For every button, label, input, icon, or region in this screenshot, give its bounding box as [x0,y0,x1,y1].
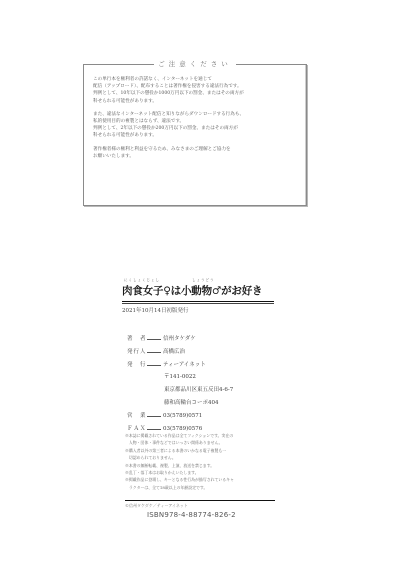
note-line: ※掲載作品に登場し、キーとなる性行為が描写されているキャ [125,476,275,483]
notice-title: ご注意ください [84,59,306,68]
note-line: ※購入者以外の第三者による本書のいかなる電子複製も一 [125,447,275,454]
title-rule-thin [122,303,274,304]
notice-paragraph-2: また、違法なインターネット配信と知りながらダウンロードする行為も、 私的使用目的… [93,111,300,140]
legal-notes: ※本誌に掲載されている作品は全てフィクションです。実在の 人物・団体・事件などで… [125,432,275,491]
credit-sales-phone: 営 業03(5789)0571 [127,410,233,423]
postal-code: 〒141-0022 [127,371,233,384]
isbn: ISBN978-4-88774-826-2 [147,511,236,519]
colophon-header: にくしょくじょししょうどう 肉食女子♀は小動物♂がお好き 2021年10月14日… [122,278,282,314]
book-title: 肉食女子♀は小動物♂がお好き [122,283,282,298]
publication-date: 2021年10月14日初版発行 [122,306,282,314]
note-line: ※乱丁・落丁本はお取りかえいたします。 [125,469,275,476]
copyright-line: ©信州タケダケ／ティーアイネット [125,503,188,509]
title-rule [122,301,274,302]
notice-body: この単行本を権利者の許諾なく、インターネットを通じて 配信（アップロード）、配布… [93,76,300,166]
address-line-2: 藤和高輪台コーポ404 [127,397,233,410]
copyright-notice-box: ご注意ください この単行本を権利者の許諾なく、インターネットを通じて 配信（アッ… [83,64,307,206]
note-line: ※本誌に掲載されている作品は全てフィクションです。実在の [125,432,275,439]
note-line: ※本書の無断転載、複製、上演、放送を禁じます。 [125,462,275,469]
notice-paragraph-3: 著作権者様の権利と利益を守るため、みなさまのご理解とご協力を お願いいたします。 [93,146,300,160]
credit-author: 著 者信州タケダケ [127,333,233,346]
note-line: ラクターは、全て18歳以上の年齢設定です。 [125,484,275,491]
address-line-1: 東京都品川区東五反田4-6-7 [127,384,233,397]
notice-paragraph-1: この単行本を権利者の許諾なく、インターネットを通じて 配信（アップロード）、配布… [93,76,300,105]
credit-publisher: 発 行ティーアイネット [127,359,233,372]
credits: 著 者信州タケダケ 発行人高橋広治 発 行ティーアイネット 〒141-0022 … [127,333,233,435]
bottom-rule [125,500,275,501]
note-line: 切認められておりません。 [125,454,275,461]
note-line: 人物・団体・事件などではいっさい関係ありません。 [125,439,275,446]
credit-publisher-person: 発行人高橋広治 [127,346,233,359]
